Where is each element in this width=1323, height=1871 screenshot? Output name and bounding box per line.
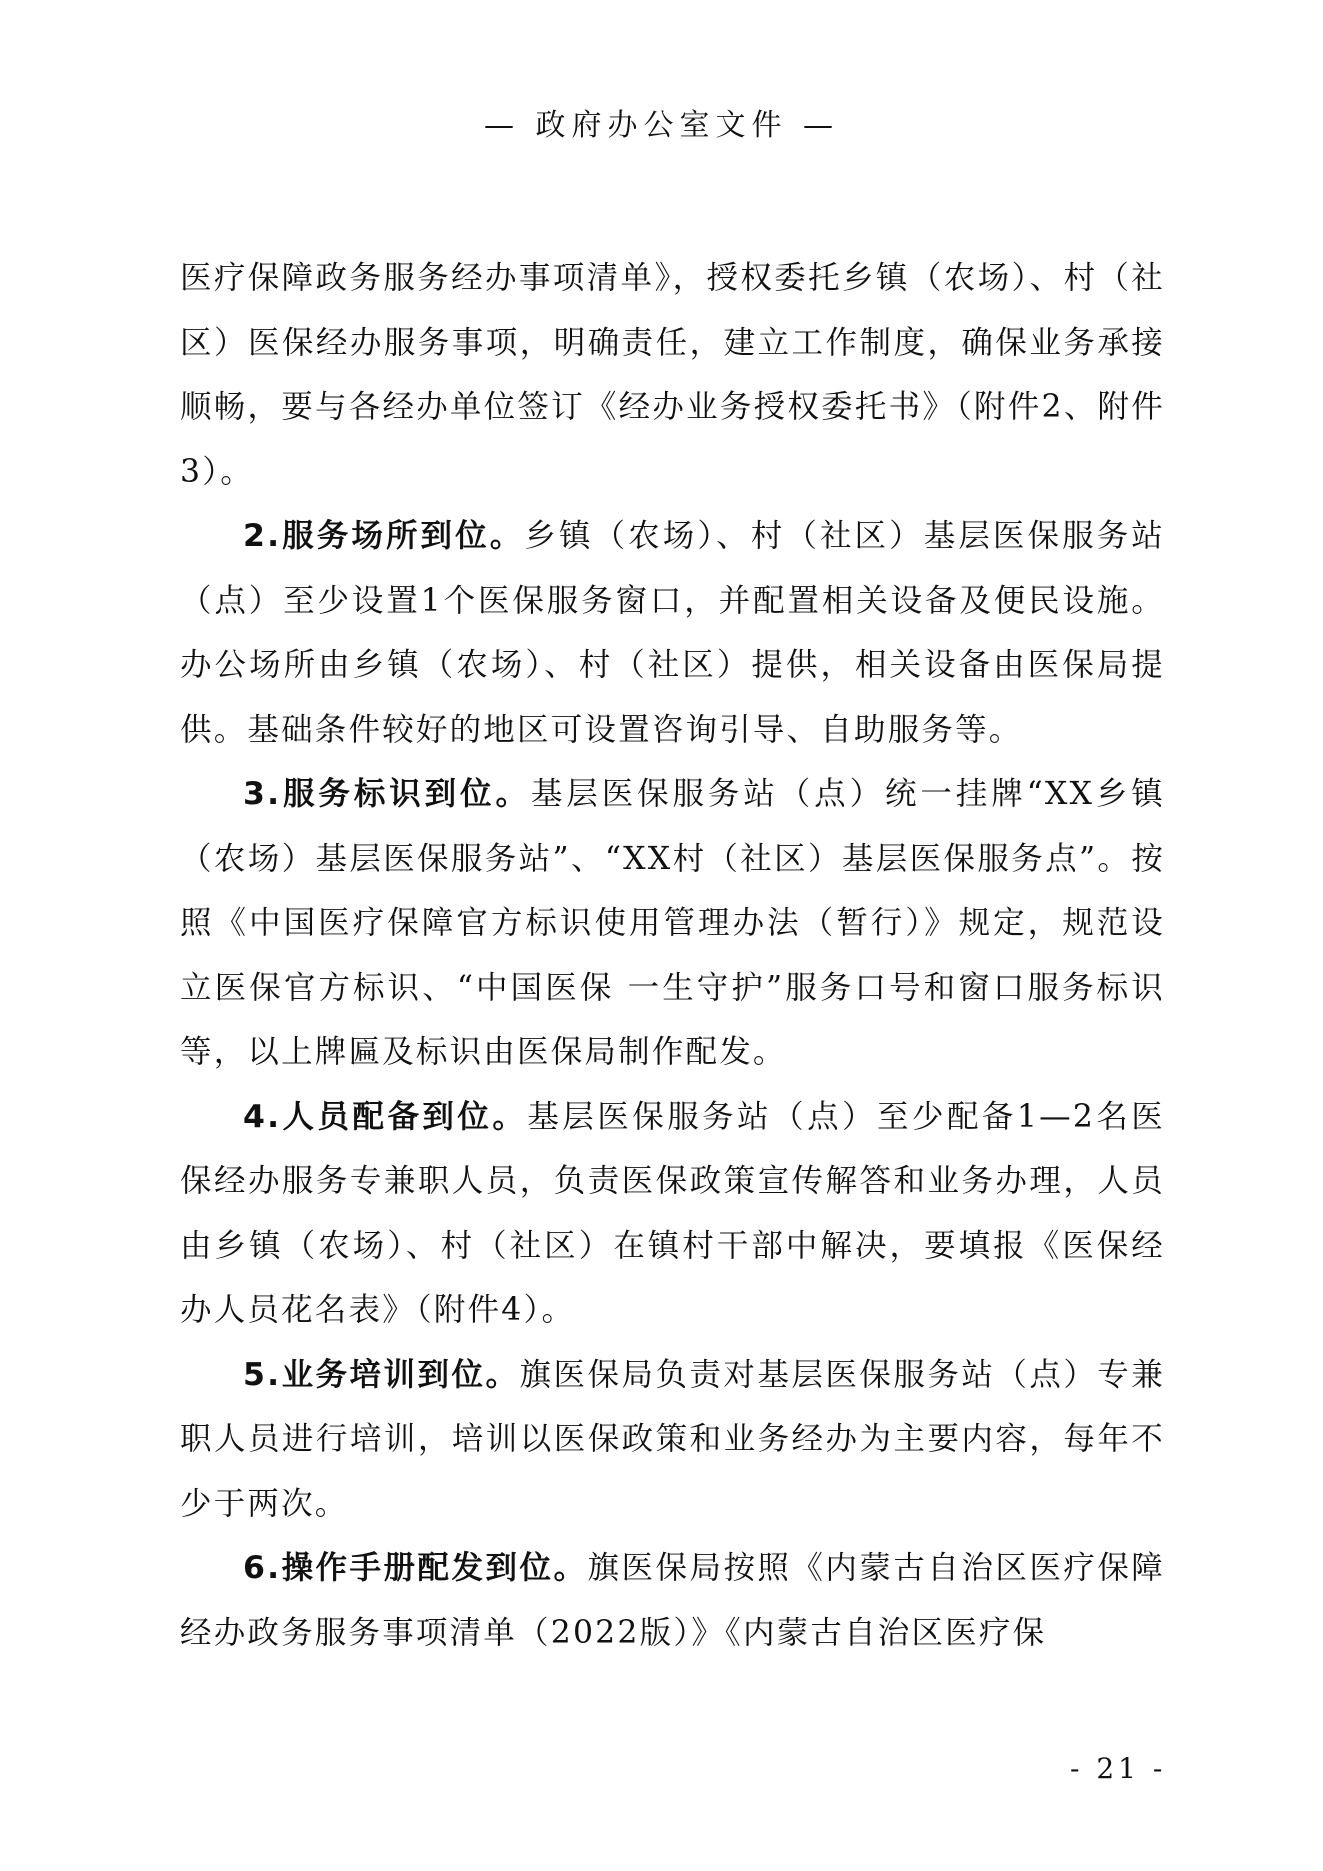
paragraph-staffing: 4.人员配备到位。基层医保服务站（点）至少配备1—2名医保经办服务专兼职人员，负… (180, 1085, 1165, 1343)
paragraph-heading: 6.操作手册配发到位。 (243, 1550, 587, 1586)
paragraph-text: 基层医保服务站（点）统一挂牌“XX乡镇（农场）基层医保服务站”、“XX村（社区）… (180, 776, 1165, 1070)
paragraph-heading: 5.业务培训到位。 (243, 1357, 520, 1393)
paragraph-manual-distribution: 6.操作手册配发到位。旗医保局按照《内蒙古自治区医疗保障经办政务服务事项清单（2… (180, 1536, 1165, 1665)
paragraph-text: 医疗保障政务服务经办事项清单》，授权委托乡镇（农场）、村（社区）医保经办服务事项… (180, 260, 1165, 490)
paragraph-service-venue: 2.服务场所到位。乡镇（农场）、村（社区）基层医保服务站（点）至少设置1个医保服… (180, 504, 1165, 762)
paragraph-service-signage: 3.服务标识到位。基层医保服务站（点）统一挂牌“XX乡镇（农场）基层医保服务站”… (180, 762, 1165, 1085)
paragraph-heading: 2.服务场所到位。 (243, 518, 524, 554)
paragraph-heading: 4.人员配备到位。 (243, 1099, 527, 1135)
paragraph-continuation: 医疗保障政务服务经办事项清单》，授权委托乡镇（农场）、村（社区）医保经办服务事项… (180, 246, 1165, 504)
paragraph-training: 5.业务培训到位。旗医保局负责对基层医保服务站（点）专兼职人员进行培训，培训以医… (180, 1343, 1165, 1537)
page-number: - 21 - (1070, 1752, 1166, 1785)
paragraph-heading: 3.服务标识到位。 (243, 776, 531, 812)
document-body: 医疗保障政务服务经办事项清单》，授权委托乡镇（农场）、村（社区）医保经办服务事项… (180, 246, 1165, 1665)
document-header: — 政府办公室文件 — (0, 100, 1323, 144)
